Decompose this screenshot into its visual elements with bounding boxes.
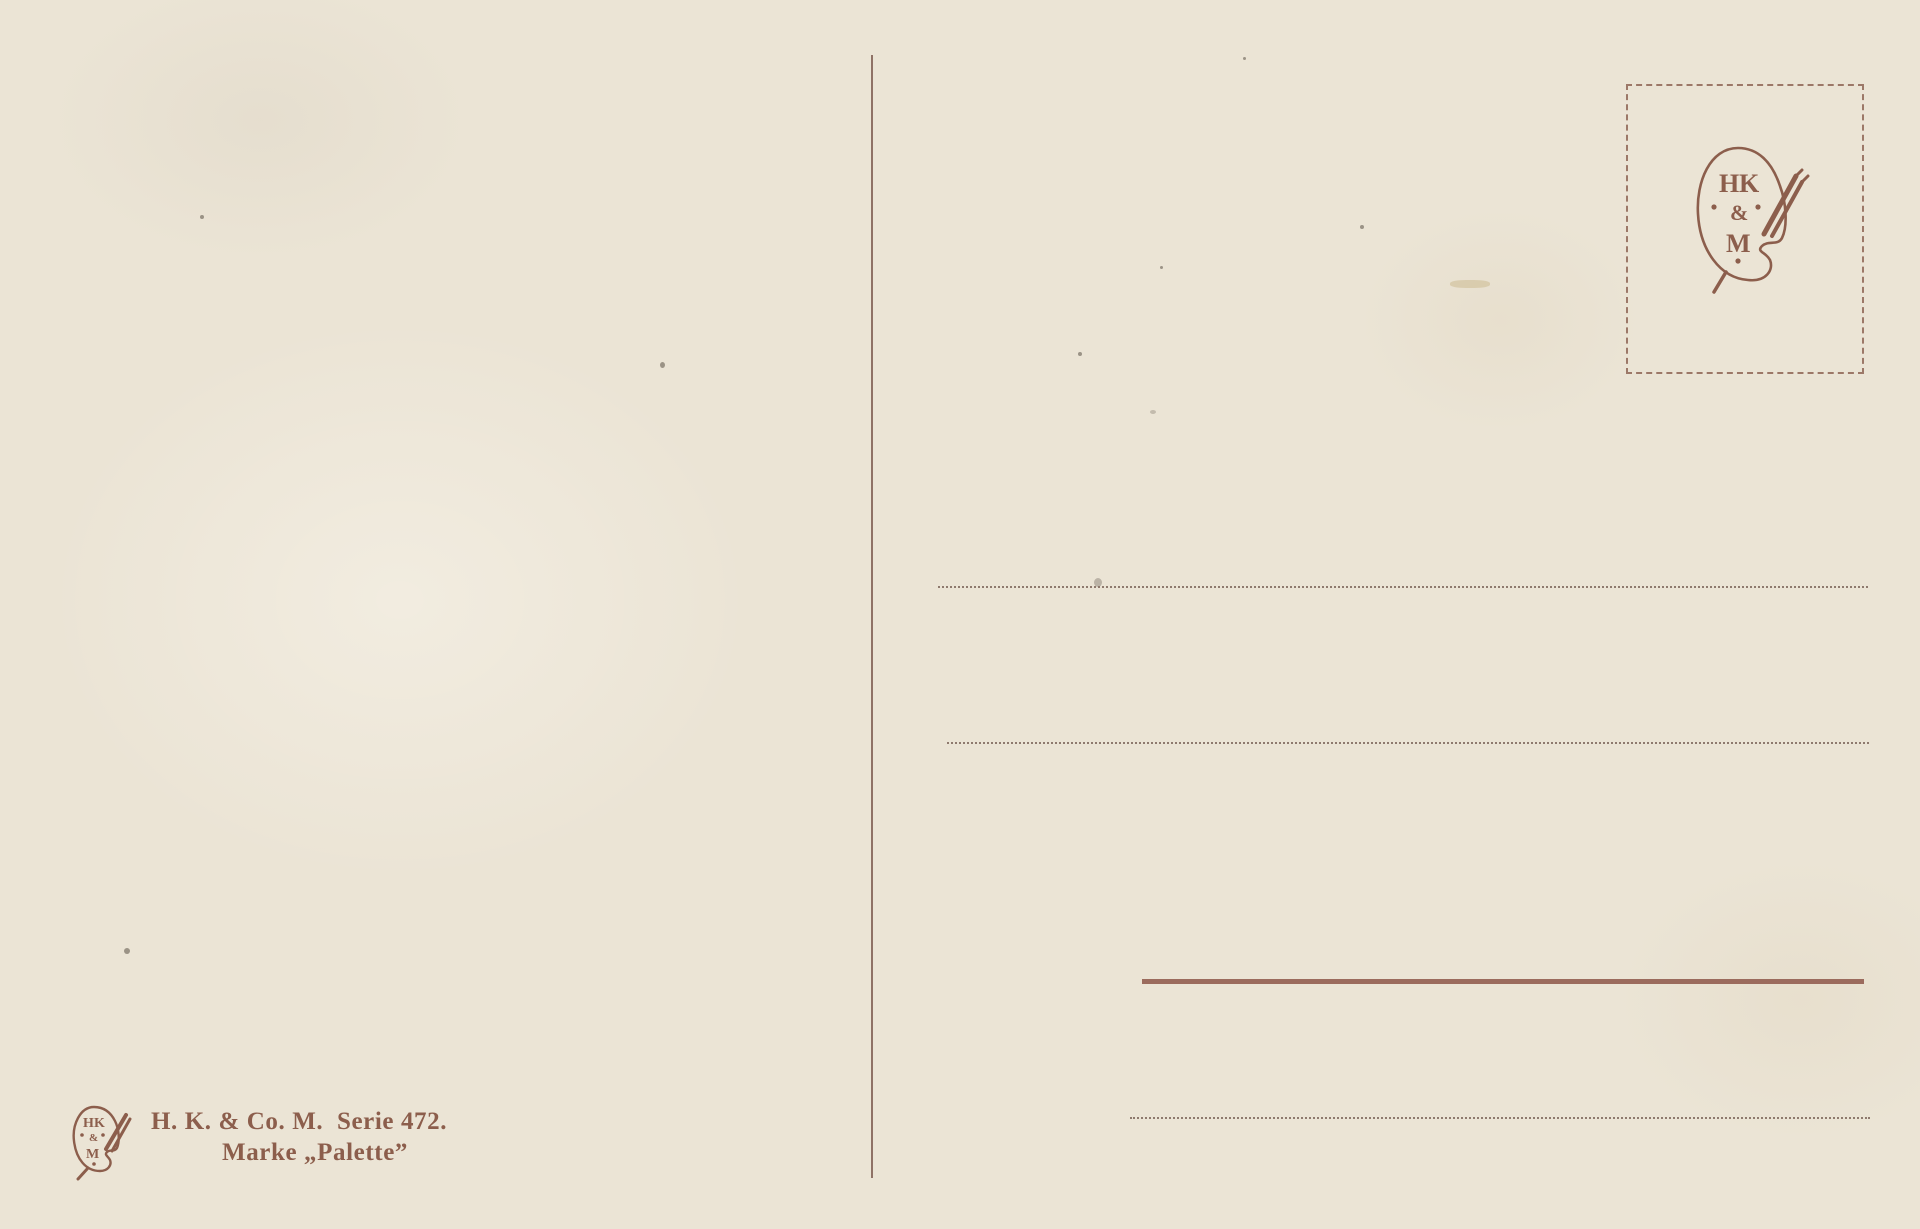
paper-speck: [1160, 266, 1163, 269]
address-line-4: [1130, 1117, 1870, 1119]
publisher-imprint-line1: H. K. & Co. M. Serie 472.: [151, 1108, 447, 1136]
palette-monogram-icon: H K & M: [1690, 142, 1810, 298]
svg-text:M: M: [86, 1147, 99, 1162]
svg-text:K: K: [1739, 169, 1760, 198]
svg-text:&: &: [89, 1132, 98, 1144]
address-line-2: [947, 742, 1869, 744]
svg-text:M: M: [1726, 229, 1751, 258]
palette-monogram-icon: H K & M: [70, 1103, 134, 1181]
svg-text:H: H: [83, 1116, 94, 1131]
paper-speck: [1450, 280, 1490, 288]
paper-speck: [124, 948, 130, 954]
address-line-3: [1142, 979, 1864, 984]
svg-text:H: H: [1719, 169, 1739, 198]
svg-text:&: &: [1730, 200, 1748, 225]
postcard-back: H K & M H K & M H. K. & Co. M.: [0, 0, 1920, 1229]
paper-speck: [660, 362, 665, 368]
publisher-imprint-line2: Marke „Palette”: [222, 1139, 408, 1167]
paper-speck: [1243, 57, 1246, 60]
paper-speck: [200, 215, 204, 219]
svg-text:K: K: [94, 1116, 105, 1131]
paper-speck: [1078, 352, 1082, 356]
paper-speck: [1150, 410, 1156, 414]
center-divider-line: [871, 55, 873, 1178]
paper-speck: [1360, 225, 1364, 229]
address-line-1: [938, 586, 1868, 588]
